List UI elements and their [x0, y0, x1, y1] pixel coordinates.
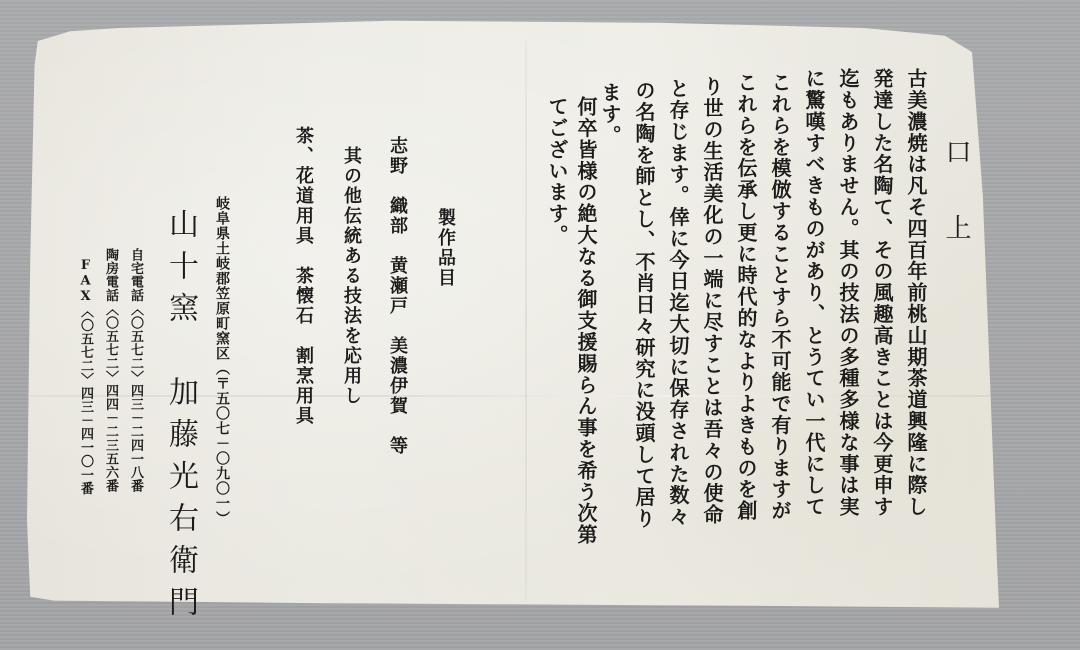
body-line: 古美濃焼は凡そ四百年前桃山期茶道興隆に際し [902, 68, 931, 517]
document-title: 口上 [938, 138, 975, 290]
body-line: り世の生活美化の一端に尽すことは吾々の使命 [698, 76, 727, 525]
body-line: 何卒皆様の絶大なる御支援賜らん事を希う次第 [572, 96, 601, 545]
contact-fax: FAX〈〇五七二〉四三－四一〇一番 [76, 258, 95, 495]
address: 岐阜県土岐郡笠原町窯区（〒五〇七－〇九〇一） [212, 196, 232, 526]
body-line: と存じます。倖に今日迄大切に保存された数々 [664, 78, 693, 527]
body-line: の名陶を師とし、不肖日々研究に没頭して居り [630, 80, 659, 529]
products-line: 茶、花道用具 茶懐石 割烹用具 [290, 126, 316, 426]
body-line: これらを伝承し更に時代的なよりよきものを創 [732, 72, 761, 521]
body-line: てございます。 [543, 96, 572, 246]
products-line: 志野 織部 黄瀬戸 美濃伊賀 等 [384, 136, 410, 456]
products-line: 其の他伝統ある技法を応用し [338, 146, 364, 406]
products-heading: 製作品目 [432, 208, 458, 288]
body-line: 迄もありません。其の技法の多種多様な事は実 [834, 68, 863, 517]
body-line: これらを模倣することすら不可能で有りますが [766, 72, 795, 521]
contact-studio-phone: 陶房電話〈〇五七二〉四四－二三五六番 [101, 248, 120, 493]
body-line: 発達した名陶て、その風趣高きことは今更申す [868, 68, 897, 517]
body-line: に驚嘆すべきものがあり、とうてい一代にして [800, 68, 829, 517]
maker-name: 山十窯 加藤光右衛門 [158, 208, 202, 628]
paper-fold-vertical [525, 40, 527, 600]
contact-home-phone: 自宅電話〈〇五七二〉四三－二四一八番 [126, 248, 145, 493]
